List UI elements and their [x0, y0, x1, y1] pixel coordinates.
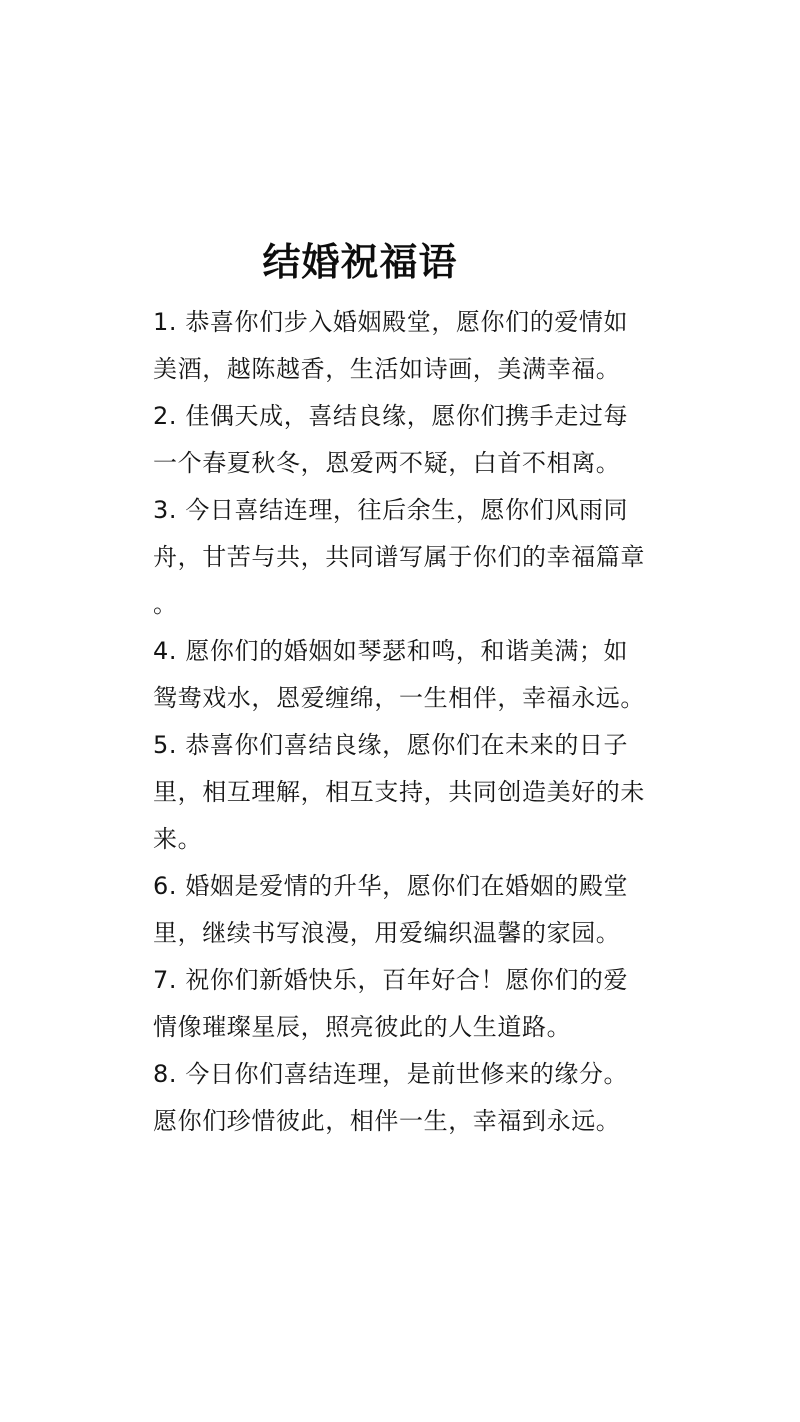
list-item: 3. 今日喜结连理，往后余生，愿你们风雨同舟，甘苦与共，共同谱写属于你们的幸福篇…: [153, 487, 649, 628]
list-item: 7. 祝你们新婚快乐，百年好合！愿你们的爱情像璀璨星辰，照亮彼此的人生道路。: [153, 957, 649, 1051]
list-item: 6. 婚姻是爱情的升华，愿你们在婚姻的殿堂里，继续书写浪漫，用爱编织温馨的家园。: [153, 863, 649, 957]
list-item: 5. 恭喜你们喜结良缘，愿你们在未来的日子里，相互理解，相互支持，共同创造美好的…: [153, 722, 649, 863]
document-page: 结婚祝福语 1. 恭喜你们步入婚姻殿堂，愿你们的爱情如美酒，越陈越香，生活如诗画…: [0, 0, 800, 1422]
list-item: 2. 佳偶天成，喜结良缘，愿你们携手走过每一个春夏秋冬，恩爱两不疑，白首不相离。: [153, 393, 649, 487]
page-title: 结婚祝福语: [0, 234, 720, 290]
list-item: 4. 愿你们的婚姻如琴瑟和鸣，和谐美满；如鸳鸯戏水，恩爱缠绵，一生相伴，幸福永远…: [153, 628, 649, 722]
blessings-list: 1. 恭喜你们步入婚姻殿堂，愿你们的爱情如美酒，越陈越香，生活如诗画，美满幸福。…: [153, 299, 649, 1145]
list-item: 1. 恭喜你们步入婚姻殿堂，愿你们的爱情如美酒，越陈越香，生活如诗画，美满幸福。: [153, 299, 649, 393]
list-item: 8. 今日你们喜结连理，是前世修来的缘分。愿你们珍惜彼此，相伴一生，幸福到永远。: [153, 1051, 649, 1145]
